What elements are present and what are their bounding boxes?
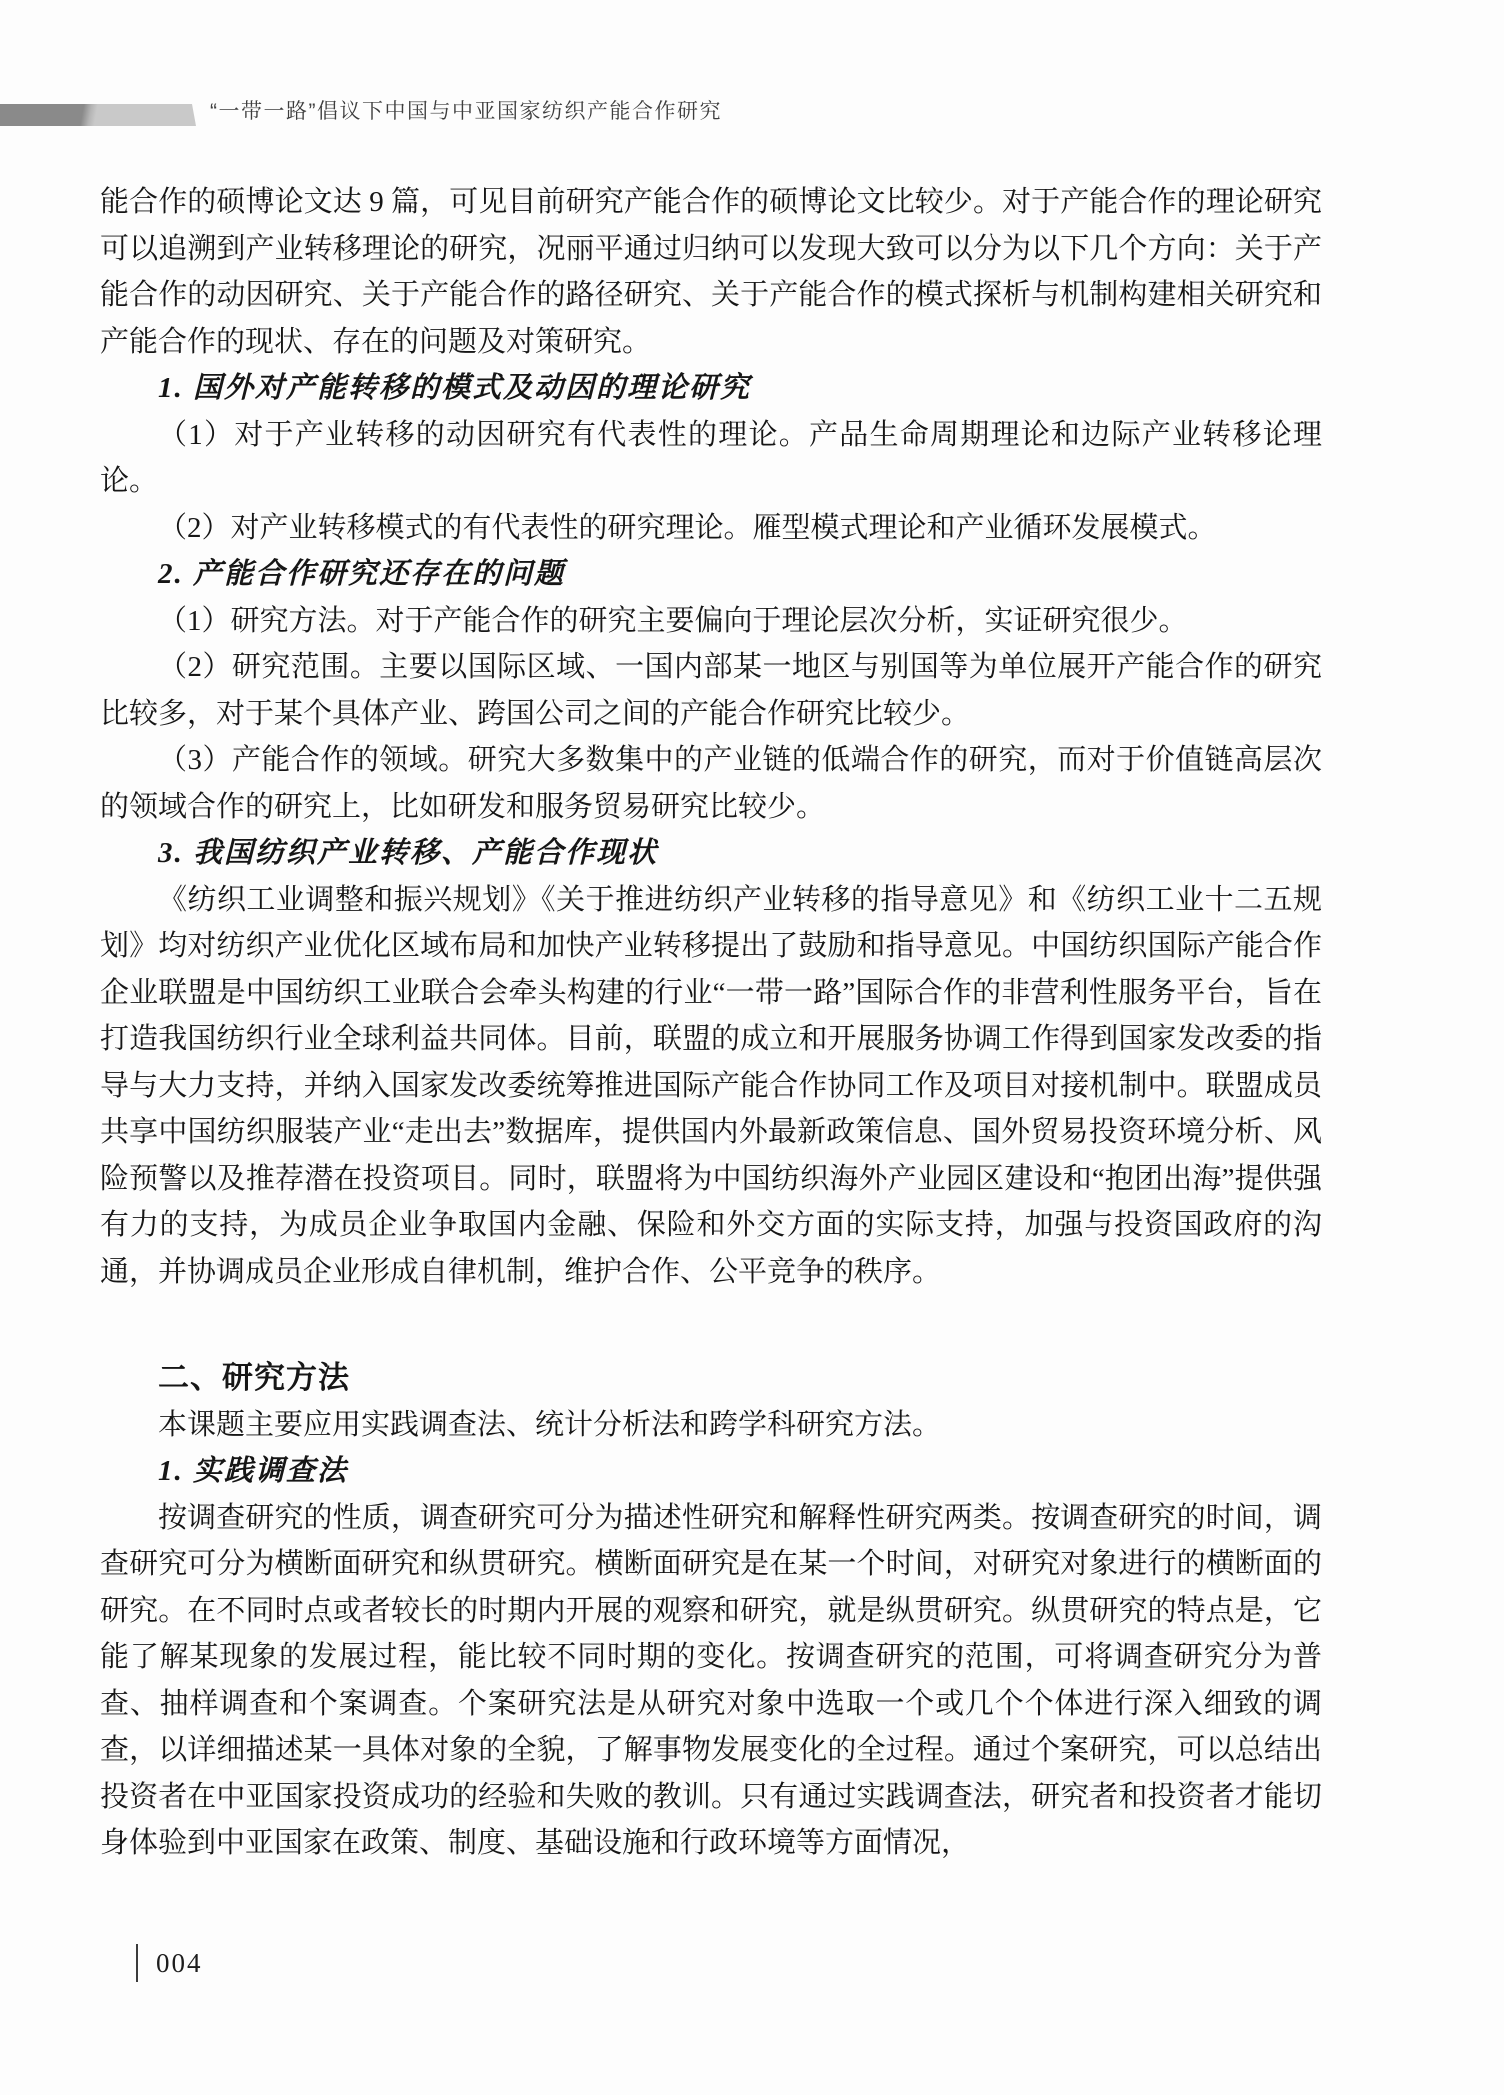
paragraph-intro: 能合作的硕博论文达 9 篇，可见目前研究产能合作的硕博论文比较少。对于产能合作的…	[100, 179, 1322, 365]
subsection-heading-4: 1. 实践调查法	[100, 1448, 1322, 1495]
page-number-rule	[136, 1944, 138, 1982]
paragraph: 按调查研究的性质，调查研究可分为描述性研究和解释性研究两类。按调查研究的时间，调…	[100, 1495, 1322, 1867]
page-body: 能合作的硕博论文达 9 篇，可见目前研究产能合作的硕博论文比较少。对于产能合作的…	[100, 179, 1322, 1867]
page-number: 004	[156, 1948, 203, 1979]
paragraph: 本课题主要应用实践调查法、统计分析法和跨学科研究方法。	[100, 1402, 1322, 1449]
subsection-heading-2: 2. 产能合作研究还存在的问题	[100, 551, 1322, 598]
paragraph: （2）对产业转移模式的有代表性的研究理论。雁型模式理论和产业循环发展模式。	[100, 505, 1322, 552]
subsection-heading-1: 1. 国外对产能转移的模式及动因的理论研究	[100, 365, 1322, 412]
page-footer: 004	[136, 1944, 203, 1982]
running-title: “一带一路”倡议下中国与中亚国家纺织产能合作研究	[210, 99, 722, 125]
header-decoration-bar	[0, 104, 196, 126]
subsection-heading-3: 3. 我国纺织产业转移、产能合作现状	[100, 830, 1322, 877]
paragraph: （3）产能合作的领域。研究大多数集中的产业链的低端合作的研究，而对于价值链高层次…	[100, 737, 1322, 830]
paragraph: （1）研究方法。对于产能合作的研究主要偏向于理论层次分析，实证研究很少。	[100, 598, 1322, 645]
paragraph: （2）研究范围。主要以国际区域、一国内部某一地区与别国等为单位展开产能合作的研究…	[100, 644, 1322, 737]
paragraph: 《纺织工业调整和振兴规划》《关于推进纺织产业转移的指导意见》和《纺织工业十二五规…	[100, 877, 1322, 1296]
book-page: “一带一路”倡议下中国与中亚国家纺织产能合作研究 能合作的硕博论文达 9 篇，可…	[0, 0, 1504, 2095]
section-heading-research-methods: 二、研究方法	[100, 1355, 1322, 1402]
paragraph: （1）对于产业转移的动因研究有代表性的理论。产品生命周期理论和边际产业转移论理论…	[100, 412, 1322, 505]
